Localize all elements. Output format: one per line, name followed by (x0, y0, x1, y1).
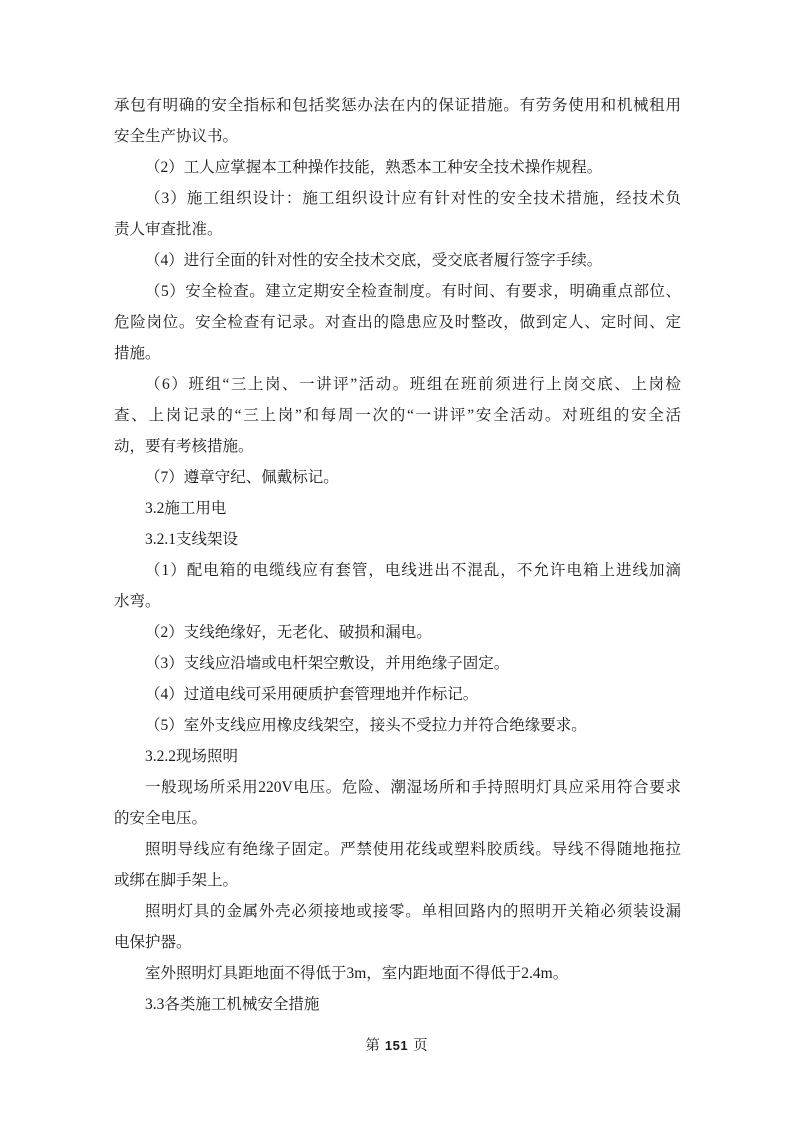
text-line: 的安全电压。 (114, 803, 681, 834)
text-line: （7）遵章守纪、佩戴标记。 (114, 462, 681, 493)
text-line: 或绑在脚手架上。 (114, 865, 681, 896)
page-footer: 第151页 (0, 1036, 793, 1056)
text-line: （6）班组“三上岗、一讲评”活动。班组在班前须进行上岗交底、上岗检 (114, 369, 681, 400)
text-line: 措施。 (114, 338, 681, 369)
text-line: 室外照明灯具距地面不得低于3m，室内距地面不得低于2.4m。 (114, 958, 681, 989)
text-line: （2）支线绝缘好，无老化、破损和漏电。 (114, 617, 681, 648)
document-page: 承包有明确的安全指标和包括奖惩办法在内的保证措施。有劳务使用和机械租用安全生产协… (0, 0, 793, 1122)
text-line: 一般现场所采用220V电压。危险、潮湿场所和手持照明灯具应采用符合要求 (114, 772, 681, 803)
text-line: （3）支线应沿墙或电杆架空敷设，并用绝缘子固定。 (114, 648, 681, 679)
document-body: 承包有明确的安全指标和包括奖惩办法在内的保证措施。有劳务使用和机械租用安全生产协… (114, 90, 681, 1020)
text-line: 照明灯具的金属外壳必须接地或接零。单相回路内的照明开关箱必须装设漏 (114, 896, 681, 927)
page-number: 151 (385, 1038, 408, 1053)
text-line: 照明导线应有绝缘子固定。严禁使用花线或塑料胶质线。导线不得随地拖拉 (114, 834, 681, 865)
text-line: 电保护器。 (114, 927, 681, 958)
footer-suffix: 页 (413, 1038, 428, 1054)
footer-prefix: 第 (365, 1038, 380, 1054)
text-line: 动，要有考核措施。 (114, 431, 681, 462)
text-line: 查、上岗记录的“三上岗”和每周一次的“一讲评”安全活动。对班组的安全活 (114, 400, 681, 431)
text-line: 危险岗位。安全检查有记录。对查出的隐患应及时整改，做到定人、定时间、定 (114, 307, 681, 338)
text-line: （4）进行全面的针对性的安全技术交底，受交底者履行签字手续。 (114, 245, 681, 276)
text-line: 3.2.2现场照明 (114, 741, 681, 772)
text-line: 水弯。 (114, 586, 681, 617)
text-line: （5）室外支线应用橡皮线架空，接头不受拉力并符合绝缘要求。 (114, 710, 681, 741)
text-line: 责人审查批准。 (114, 214, 681, 245)
text-line: （5）安全检查。建立定期安全检查制度。有时间、有要求，明确重点部位、 (114, 276, 681, 307)
text-line: （3）施工组织设计：施工组织设计应有针对性的安全技术措施，经技术负 (114, 183, 681, 214)
text-line: （1）配电箱的电缆线应有套管，电线进出不混乱，不允许电箱上进线加滴 (114, 555, 681, 586)
text-line: 承包有明确的安全指标和包括奖惩办法在内的保证措施。有劳务使用和机械租用 (114, 90, 681, 121)
text-line: （2）工人应掌握本工种操作技能，熟悉本工种安全技术操作规程。 (114, 152, 681, 183)
text-line: 安全生产协议书。 (114, 121, 681, 152)
text-line: 3.3各类施工机械安全措施 (114, 989, 681, 1020)
text-line: 3.2施工用电 (114, 493, 681, 524)
text-line: 3.2.1支线架设 (114, 524, 681, 555)
text-line: （4）过道电线可采用硬质护套管理地并作标记。 (114, 679, 681, 710)
